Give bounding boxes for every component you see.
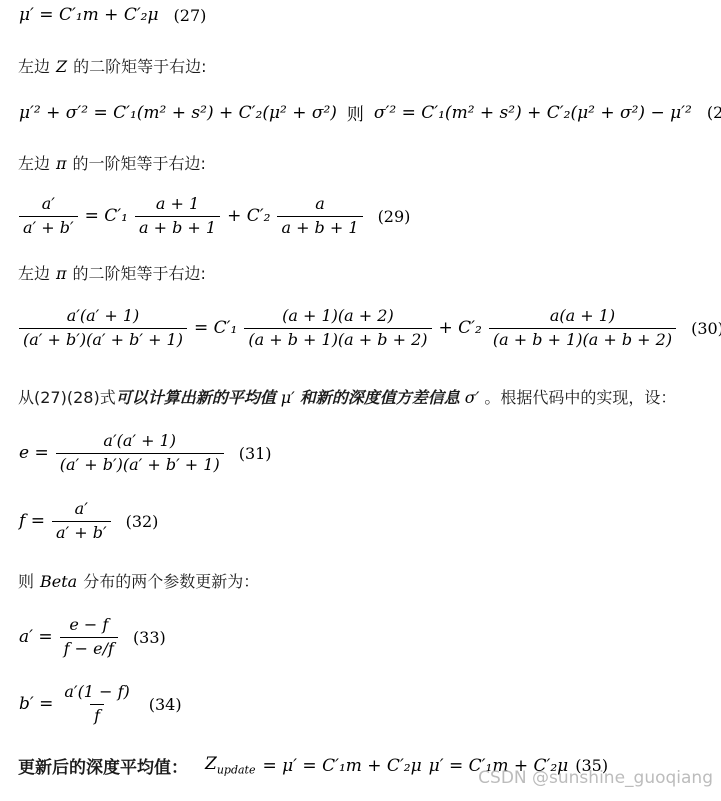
eq29-fraction-2: aa + b + 1 bbox=[277, 194, 362, 239]
eq29-lhs-fraction: a′a′ + b′ bbox=[19, 194, 78, 239]
equation-30: a′(a′ + 1)(a′ + b′)(a′ + b′ + 1) = C′₁ (… bbox=[19, 306, 721, 351]
text-pi-first-moment: 左边π的一阶矩等于右边: bbox=[18, 151, 206, 174]
equation-28: μ′² + σ′² = C′₁(m² + s²) + C′₂(μ² + σ²) … bbox=[19, 100, 721, 125]
text-beta-update: 则Beta分布的两个参数更新为： bbox=[18, 569, 259, 592]
denominator: a + b + 1 bbox=[277, 216, 362, 239]
text-pre: 左边 bbox=[18, 154, 50, 173]
eq31-lead: e = bbox=[19, 443, 49, 463]
eq30-fraction-2: a(a + 1)(a + b + 1)(a + b + 2) bbox=[489, 306, 676, 351]
eq31-number: (31) bbox=[239, 444, 272, 463]
eq29-number: (29) bbox=[378, 207, 411, 226]
para-bold-1: 可以计算出新的平均值 bbox=[116, 388, 276, 407]
eq34-number: (34) bbox=[149, 695, 182, 714]
equation-31: e = a′(a′ + 1)(a′ + b′)(a′ + b′ + 1) (31… bbox=[19, 431, 272, 476]
numerator: a′(a′ + 1) bbox=[99, 431, 180, 453]
eq34-fraction: a′(1 − f)f bbox=[60, 682, 133, 727]
eq28-part2: σ′² = C′₁(m² + s²) + C′₂(μ² + σ²) − μ′² bbox=[374, 103, 692, 123]
text-z-second-moment: 左边Z的二阶矩等于右边: bbox=[18, 54, 207, 77]
final-mid1: = μ′ = C′₁m + C′₂μ bbox=[262, 756, 421, 776]
equation-27: μ′ = C′₁m + C′₂μ (27) bbox=[19, 5, 206, 25]
text-pre: 左边 bbox=[18, 264, 50, 283]
denominator: (a′ + b′)(a′ + b′ + 1) bbox=[56, 453, 224, 476]
eq33-fraction: e − ff − e/f bbox=[60, 615, 118, 660]
final-label: 更新后的深度平均值： bbox=[18, 753, 188, 778]
equation-32: f = a′a′ + b′ (32) bbox=[19, 499, 158, 544]
text-post: 的二阶矩等于右边: bbox=[73, 264, 206, 283]
eq29-op2: + C′₂ bbox=[227, 206, 270, 226]
var-beta: Beta bbox=[40, 572, 77, 591]
equation-34: b′ = a′(1 − f)f (34) bbox=[19, 682, 182, 727]
eq32-number: (32) bbox=[126, 512, 159, 531]
eq28-part1: μ′² + σ′² = C′₁(m² + s²) + C′₂(μ² + σ²) bbox=[19, 103, 337, 123]
var-z: Z bbox=[205, 754, 217, 774]
csdn-watermark: CSDN @sunshine_guoqiang bbox=[478, 768, 713, 788]
eq29-op1: = C′₁ bbox=[85, 206, 128, 226]
para-bold-2: 和新的深度值方差信息 bbox=[300, 388, 460, 407]
text-post: 的二阶矩等于右边: bbox=[73, 57, 206, 76]
denominator: a′ + b′ bbox=[52, 521, 111, 544]
eq34-lead: b′ = bbox=[19, 694, 53, 714]
numerator: (a + 1)(a + 2) bbox=[278, 306, 398, 328]
eq31-fraction: a′(a′ + 1)(a′ + b′)(a′ + b′ + 1) bbox=[56, 431, 224, 476]
numerator: a′(a′ + 1) bbox=[63, 306, 144, 328]
eq30-op1: = C′₁ bbox=[194, 318, 237, 338]
numerator: a + 1 bbox=[152, 194, 203, 216]
equation-29: a′a′ + b′ = C′₁ a + 1a + b + 1 + C′₂ aa … bbox=[19, 194, 410, 239]
eq30-number: (30) bbox=[691, 319, 721, 338]
var-z: Z bbox=[56, 57, 67, 76]
numerator: a(a + 1) bbox=[546, 306, 619, 328]
numerator: e − f bbox=[65, 615, 112, 637]
denominator: (a + b + 1)(a + b + 2) bbox=[489, 328, 676, 351]
numerator: a bbox=[311, 194, 329, 216]
var-pi: π bbox=[56, 264, 67, 283]
denominator: (a + b + 1)(a + b + 2) bbox=[244, 328, 431, 351]
eq28-then: 则 bbox=[347, 100, 364, 125]
numerator: a′ bbox=[38, 194, 59, 216]
paragraph-derivation: 从(27)(28)式可以计算出新的平均值μ′和新的深度值方差信息σ′。根据代码中… bbox=[18, 385, 676, 408]
eq28-number: (28) bbox=[707, 103, 721, 122]
var-mu-prime: μ′ bbox=[281, 388, 295, 407]
denominator: a′ + b′ bbox=[19, 216, 78, 239]
article-content: μ′ = C′₁m + C′₂μ (27) 左边Z的二阶矩等于右边: μ′² +… bbox=[0, 0, 721, 801]
text-post: 分布的两个参数更新为： bbox=[83, 572, 259, 591]
eq33-lead: a′ = bbox=[19, 627, 53, 647]
eq32-lead: f = bbox=[19, 511, 45, 531]
text-pre: 左边 bbox=[18, 57, 50, 76]
para-pre: 从(27)(28)式 bbox=[18, 388, 116, 407]
numerator: a′(1 − f) bbox=[60, 682, 133, 704]
eq30-lhs-fraction: a′(a′ + 1)(a′ + b′)(a′ + b′ + 1) bbox=[19, 306, 187, 351]
text-pre: 则 bbox=[18, 572, 34, 591]
para-post: 。根据代码中的实现，设： bbox=[484, 388, 676, 407]
var-pi: π bbox=[56, 154, 67, 173]
text-pi-second-moment: 左边π的二阶矩等于右边: bbox=[18, 261, 206, 284]
eq27-body: μ′ = C′₁m + C′₂μ bbox=[19, 5, 159, 25]
eq30-fraction-1: (a + 1)(a + 2)(a + b + 1)(a + b + 2) bbox=[244, 306, 431, 351]
eq29-fraction-1: a + 1a + b + 1 bbox=[135, 194, 220, 239]
numerator: a′ bbox=[71, 499, 92, 521]
z-subscript: update bbox=[217, 764, 256, 777]
denominator: f bbox=[90, 704, 104, 727]
eq32-fraction: a′a′ + b′ bbox=[52, 499, 111, 544]
denominator: (a′ + b′)(a′ + b′ + 1) bbox=[19, 328, 187, 351]
eq30-op2: + C′₂ bbox=[439, 318, 482, 338]
denominator: f − e/f bbox=[60, 637, 118, 660]
text-post: 的一阶矩等于右边: bbox=[73, 154, 206, 173]
eq27-number: (27) bbox=[174, 6, 207, 25]
denominator: a + b + 1 bbox=[135, 216, 220, 239]
equation-33: a′ = e − ff − e/f (33) bbox=[19, 615, 166, 660]
z-update-symbol: Zupdate bbox=[205, 754, 255, 776]
eq33-number: (33) bbox=[133, 628, 166, 647]
var-sigma-prime: σ′ bbox=[465, 388, 480, 407]
